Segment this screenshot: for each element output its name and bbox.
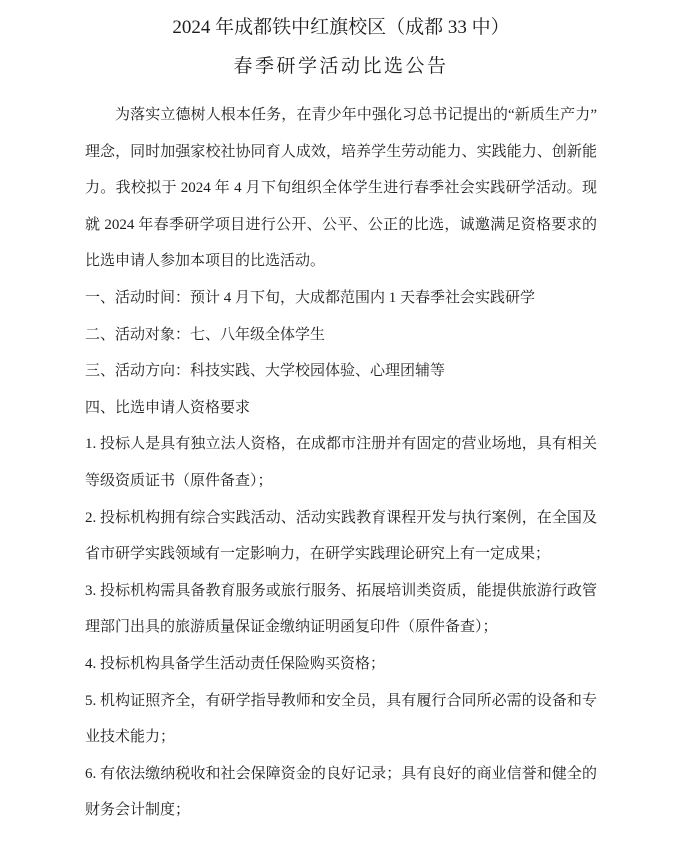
section-activity-direction: 三、活动方向：科技实践、大学校园体验、心理团辅等 <box>85 353 597 390</box>
document-content: 2024 年成都铁中红旗校区（成都 33 中） 春季研学活动比选公告 为落实立德… <box>0 0 697 829</box>
requirement-item-3: 3. 投标机构需具备教育服务或旅行服务、拓展培训类资质，能提供旅游行政管理部门出… <box>85 573 597 646</box>
section-activity-time: 一、活动时间：预计 4 月下旬，大成都范围内 1 天春季社会实践研学 <box>85 280 597 317</box>
document-title: 2024 年成都铁中红旗校区（成都 33 中） 春季研学活动比选公告 <box>85 8 597 86</box>
requirement-item-2: 2. 投标机构拥有综合实践活动、活动实践教育课程开发与执行案例，在全国及省市研学… <box>85 500 597 573</box>
document-page: 2024 年成都铁中红旗校区（成都 33 中） 春季研学活动比选公告 为落实立德… <box>0 0 697 848</box>
document-body: 为落实立德树人根本任务，在青少年中强化习总书记提出的“新质生产力”理念，同时加强… <box>85 97 597 829</box>
paragraph-intro: 为落实立德树人根本任务，在青少年中强化习总书记提出的“新质生产力”理念，同时加强… <box>85 97 597 280</box>
requirement-item-1: 1. 投标人是具有独立法人资格，在成都市注册并有固定的营业场地，具有相关等级资质… <box>85 426 597 499</box>
document-title-line1: 2024 年成都铁中红旗校区（成都 33 中） <box>172 17 509 38</box>
section-qualification-heading: 四、比选申请人资格要求 <box>85 390 597 427</box>
document-title-line2: 春季研学活动比选公告 <box>85 47 597 86</box>
section-activity-target: 二、活动对象：七、八年级全体学生 <box>85 317 597 354</box>
requirement-item-4: 4. 投标机构具备学生活动责任保险购买资格； <box>85 646 597 683</box>
requirement-item-5: 5. 机构证照齐全，有研学指导教师和安全员，具有履行合同所必需的设备和专业技术能… <box>85 683 597 756</box>
requirement-item-6: 6. 有依法缴纳税收和社会保障资金的良好记录；具有良好的商业信誉和健全的财务会计… <box>85 756 597 829</box>
